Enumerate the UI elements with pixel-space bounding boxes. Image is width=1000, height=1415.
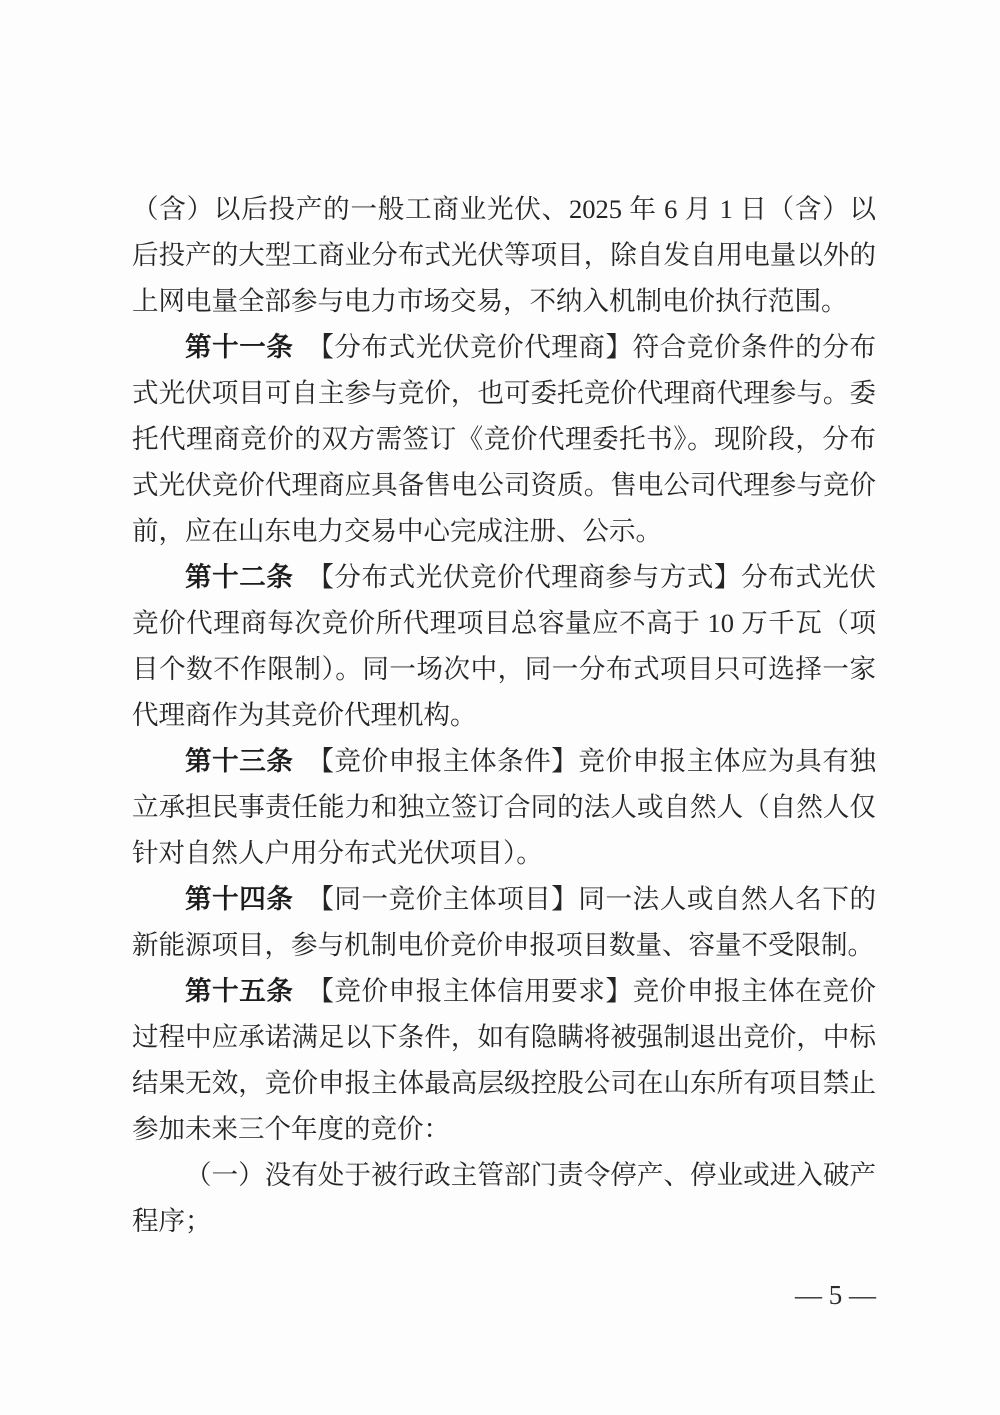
body-text: 【分布式光伏竞价代理商参与方式】分布式光伏: [293, 562, 876, 592]
text-line: 托代理商竞价的双方需签订《竞价代理委托书》。现阶段，分布: [132, 416, 876, 462]
page-number: — 5 —: [795, 1276, 876, 1314]
body-text: 结果无效，竞价申报主体最高层级控股公司在山东所有项目禁止: [132, 1068, 876, 1098]
body-text: 目个数不作限制）。同一场次中，同一分布式项目只可选择一家: [132, 654, 876, 684]
text-line: 第十二条 【分布式光伏竞价代理商参与方式】分布式光伏: [132, 554, 876, 600]
body-text: 上网电量全部参与电力市场交易，不纳入机制电价执行范围。: [132, 286, 848, 316]
body-text: （一）没有处于被行政主管部门责令停产、停业或进入破产: [185, 1160, 876, 1190]
document-page: （含）以后投产的一般工商业光伏、2025 年 6 月 1 日（含）以后投产的大型…: [0, 0, 1000, 1415]
text-line: 第十四条 【同一竞价主体项目】同一法人或自然人名下的: [132, 876, 876, 922]
body-text: 托代理商竞价的双方需签订《竞价代理委托书》。现阶段，分布: [132, 424, 876, 454]
body-text: 前，应在山东电力交易中心完成注册、公示。: [132, 516, 662, 546]
text-line: 式光伏项目可自主参与竞价，也可委托竞价代理商代理参与。委: [132, 370, 876, 416]
text-line: 式光伏竞价代理商应具备售电公司资质。售电公司代理参与竞价: [132, 462, 876, 508]
text-line: （含）以后投产的一般工商业光伏、2025 年 6 月 1 日（含）以: [132, 186, 876, 232]
text-line: 代理商作为其竞价代理机构。: [132, 692, 876, 738]
body-text: 新能源项目，参与机制电价竞价申报项目数量、容量不受限制。: [132, 930, 874, 960]
text-line: 过程中应承诺满足以下条件，如有隐瞒将被强制退出竞价，中标: [132, 1014, 876, 1060]
body-text: 针对自然人户用分布式光伏项目）。: [132, 838, 543, 868]
text-line: 立承担民事责任能力和独立签订合同的法人或自然人（自然人仅: [132, 784, 876, 830]
body-text: 式光伏项目可自主参与竞价，也可委托竞价代理商代理参与。委: [132, 378, 876, 408]
body-text: 【同一竞价主体项目】同一法人或自然人名下的: [293, 884, 876, 914]
body-text: 立承担民事责任能力和独立签订合同的法人或自然人（自然人仅: [132, 792, 876, 822]
text-line: （一）没有处于被行政主管部门责令停产、停业或进入破产: [132, 1152, 876, 1198]
text-line: 后投产的大型工商业分布式光伏等项目，除自发自用电量以外的: [132, 232, 876, 278]
body-text: 【竞价申报主体条件】竞价申报主体应为具有独: [293, 746, 876, 776]
body-text: 【竞价申报主体信用要求】竞价申报主体在竞价: [293, 976, 876, 1006]
body-text: 式光伏竞价代理商应具备售电公司资质。售电公司代理参与竞价: [132, 470, 876, 500]
body-text: 【分布式光伏竞价代理商】符合竞价条件的分布: [293, 332, 876, 362]
text-line: 竞价代理商每次竞价所代理项目总容量应不高于 10 万千瓦（项: [132, 600, 876, 646]
text-line: 结果无效，竞价申报主体最高层级控股公司在山东所有项目禁止: [132, 1060, 876, 1106]
article-number-label: 第十二条: [185, 562, 293, 592]
article-number-label: 第十五条: [185, 976, 293, 1006]
body-text: 代理商作为其竞价代理机构。: [132, 700, 477, 730]
text-line: 第十三条 【竞价申报主体条件】竞价申报主体应为具有独: [132, 738, 876, 784]
text-line: 目个数不作限制）。同一场次中，同一分布式项目只可选择一家: [132, 646, 876, 692]
text-line: 针对自然人户用分布式光伏项目）。: [132, 830, 876, 876]
text-line: 新能源项目，参与机制电价竞价申报项目数量、容量不受限制。: [132, 922, 876, 968]
article-number-label: 第十三条: [185, 746, 293, 776]
text-line: 前，应在山东电力交易中心完成注册、公示。: [132, 508, 876, 554]
text-line: 上网电量全部参与电力市场交易，不纳入机制电价执行范围。: [132, 278, 876, 324]
text-line: 参加未来三个年度的竞价：: [132, 1106, 876, 1152]
body-text: 后投产的大型工商业分布式光伏等项目，除自发自用电量以外的: [132, 240, 876, 270]
body-text: 竞价代理商每次竞价所代理项目总容量应不高于 10 万千瓦（项: [132, 608, 876, 638]
body-text: 参加未来三个年度的竞价：: [132, 1114, 450, 1144]
text-line: 程序；: [132, 1198, 876, 1244]
article-number-label: 第十四条: [185, 884, 293, 914]
body-text: 过程中应承诺满足以下条件，如有隐瞒将被强制退出竞价，中标: [132, 1022, 876, 1052]
document-body: （含）以后投产的一般工商业光伏、2025 年 6 月 1 日（含）以后投产的大型…: [132, 186, 876, 1244]
body-text: 程序；: [132, 1206, 212, 1236]
article-number-label: 第十一条: [185, 332, 293, 362]
body-text: （含）以后投产的一般工商业光伏、2025 年 6 月 1 日（含）以: [132, 194, 876, 224]
text-line: 第十一条 【分布式光伏竞价代理商】符合竞价条件的分布: [132, 324, 876, 370]
text-line: 第十五条 【竞价申报主体信用要求】竞价申报主体在竞价: [132, 968, 876, 1014]
